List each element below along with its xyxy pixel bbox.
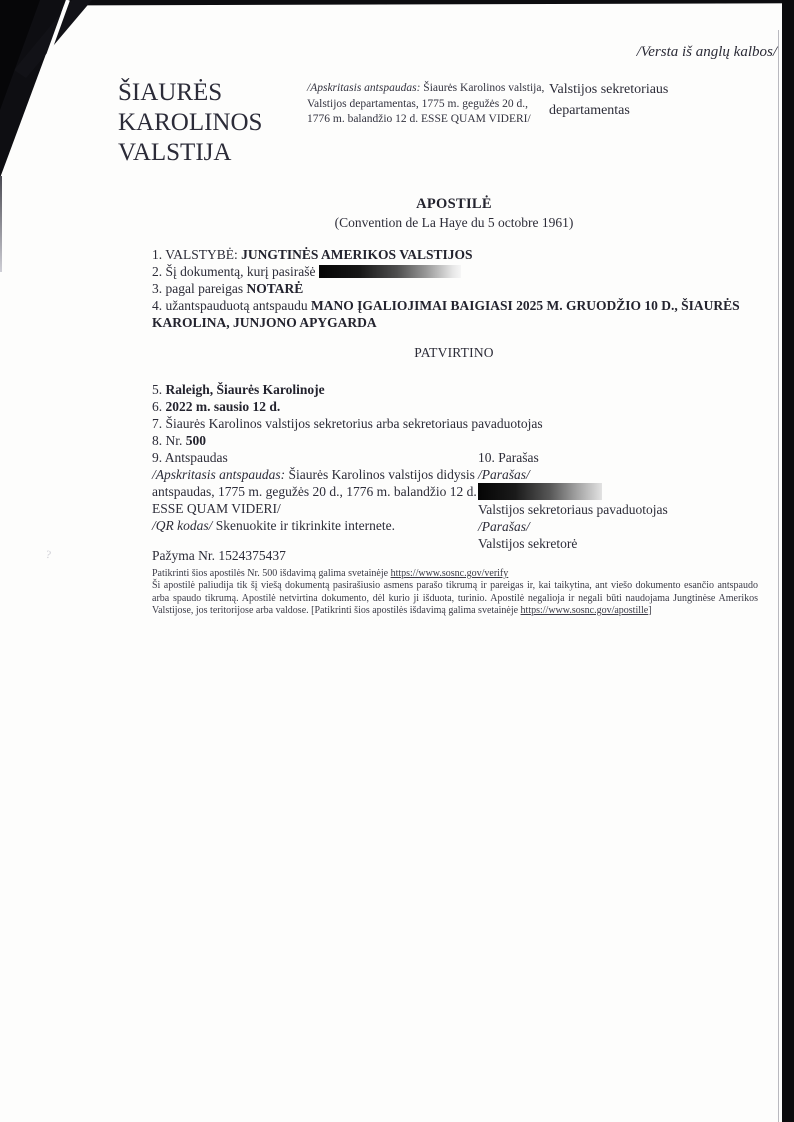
- certify-heading: PATVIRTINO: [152, 345, 756, 361]
- text-run: 7. Šiaurės Karolinos valstijos sekretori…: [152, 416, 543, 431]
- apostille-items-5-8: 5. Raleigh, Šiaurės Karolinoje6. 2022 m.…: [152, 381, 756, 449]
- verify-link[interactable]: https://www.sosnc.gov/verify: [391, 568, 509, 579]
- text-line: Valstijos sekretoriaus: [549, 79, 668, 100]
- scan-smudge-mark: ?: [45, 549, 52, 562]
- text-run: Raleigh, Šiaurės Karolinoje: [166, 382, 325, 397]
- numbered-item: 3. pagal pareigas NOTARĖ: [152, 280, 756, 297]
- apostille-items-1-4: 1. VALSTYBĖ: JUNGTINĖS AMERIKOS VALSTIJO…: [152, 246, 756, 331]
- text-run: 4. užantspauduotą antspaudu: [152, 298, 311, 313]
- numbered-item: 8. Nr. 500: [152, 432, 756, 449]
- redacted-signer-name: [319, 265, 461, 278]
- department-name: Valstijos sekretoriausdepartamentas: [549, 79, 668, 121]
- scanned-apostille-document: ? /Versta iš anglų kalbos/ ŠIAURĖSKAROLI…: [0, 0, 794, 1122]
- numbered-item: 7. Šiaurės Karolinos valstijos sekretori…: [152, 415, 756, 432]
- convention-subtitle: (Convention de La Haye du 5 octobre 1961…: [152, 215, 756, 231]
- signature-placeholder-1: /Parašas/: [478, 466, 756, 483]
- text-run: Ši apostilė paliudija tik šį viešą dokum…: [152, 580, 758, 616]
- disclaimer-paragraph: Ši apostilė paliudija tik šį viešą dokum…: [152, 580, 758, 618]
- scan-edge-right: [782, 0, 794, 1122]
- text-run: JUNGTINĖS AMERIKOS VALSTIJOS: [241, 247, 472, 262]
- apostille-heading: APOSTILĖ: [152, 196, 756, 213]
- text-line: VALSTIJA: [118, 138, 262, 168]
- text-run: 2. Šį dokumentą, kurį pasirašė: [152, 264, 319, 279]
- numbered-item: 2. Šį dokumentą, kurį pasirašė: [152, 263, 756, 280]
- scan-edge-left-line: [0, 176, 2, 272]
- certificate-number: Pažyma Nr. 1524375437: [152, 548, 758, 564]
- verify-instruction: Patikrinti šios apostilės Nr. 500 išdavi…: [152, 567, 758, 580]
- text-run: ]: [648, 605, 651, 616]
- signature-placeholder-2: /Parašas/: [478, 518, 756, 535]
- text-line: KAROLINOS: [118, 108, 262, 138]
- text-run: 8. Nr.: [152, 433, 186, 448]
- text-run: NOTARĖ: [246, 281, 303, 296]
- text-run: /Apskritasis antspaudas:: [307, 82, 420, 94]
- text-line: departamentas: [549, 100, 668, 121]
- numbered-item: 4. užantspauduotą antspaudu MANO ĮGALIOJ…: [152, 297, 756, 331]
- text-run: /QR kodas/: [152, 518, 212, 533]
- seal-label: 9. Antspaudas: [152, 449, 478, 466]
- footer-block: Pažyma Nr. 1524375437 Patikrinti šios ap…: [152, 548, 758, 618]
- text-run: 6.: [152, 399, 166, 414]
- seal-column: 9. Antspaudas /Apskritasis antspaudas: Š…: [152, 449, 478, 552]
- numbered-item: 5. Raleigh, Šiaurės Karolinoje: [152, 381, 756, 398]
- signature-column: 10. Parašas /Parašas/ Valstijos sekretor…: [478, 449, 756, 552]
- text-run: /Apskritasis antspaudas:: [152, 467, 285, 482]
- text-run: Patikrinti šios apostilės Nr. 500 išdavi…: [152, 568, 391, 579]
- text-run: Skenuokite ir tikrinkite internete.: [212, 518, 395, 533]
- apostille-link[interactable]: https://www.sosnc.gov/apostille: [521, 605, 649, 616]
- document-title-block: APOSTILĖ (Convention de La Haye du 5 oct…: [152, 196, 756, 231]
- round-seal-description: /Apskritasis antspaudas: Šiaurės Karolin…: [307, 81, 549, 128]
- text-run: 1. VALSTYBĖ:: [152, 247, 241, 262]
- translation-note: /Versta iš anglų kalbos/: [637, 44, 777, 61]
- corner-fold-shape: [0, 0, 96, 200]
- text-run: 3. pagal pareigas: [152, 281, 246, 296]
- seal-and-signature-columns: 9. Antspaudas /Apskritasis antspaudas: Š…: [152, 449, 756, 552]
- scan-corner-fold: [0, 0, 96, 200]
- seal-description: /Apskritasis antspaudas: Šiaurės Karolin…: [152, 466, 478, 517]
- redacted-signature: [478, 483, 602, 500]
- signature-label: 10. Parašas: [478, 449, 756, 466]
- text-run: 500: [186, 433, 206, 448]
- state-name-heading: ŠIAURĖSKAROLINOSVALSTIJA: [118, 78, 262, 168]
- scan-edge-right-line: [778, 30, 779, 1122]
- numbered-item: 6. 2022 m. sausio 12 d.: [152, 398, 756, 415]
- numbered-item: 1. VALSTYBĖ: JUNGTINĖS AMERIKOS VALSTIJO…: [152, 246, 756, 263]
- qr-code-note: /QR kodas/ Skenuokite ir tikrinkite inte…: [152, 517, 478, 534]
- scan-edge-top: [0, 0, 794, 6]
- text-run: 5.: [152, 382, 166, 397]
- text-run: 2022 m. sausio 12 d.: [166, 399, 281, 414]
- signer-title-1: Valstijos sekretoriaus pavaduotojas: [478, 501, 756, 518]
- text-line: ŠIAURĖS: [118, 78, 262, 108]
